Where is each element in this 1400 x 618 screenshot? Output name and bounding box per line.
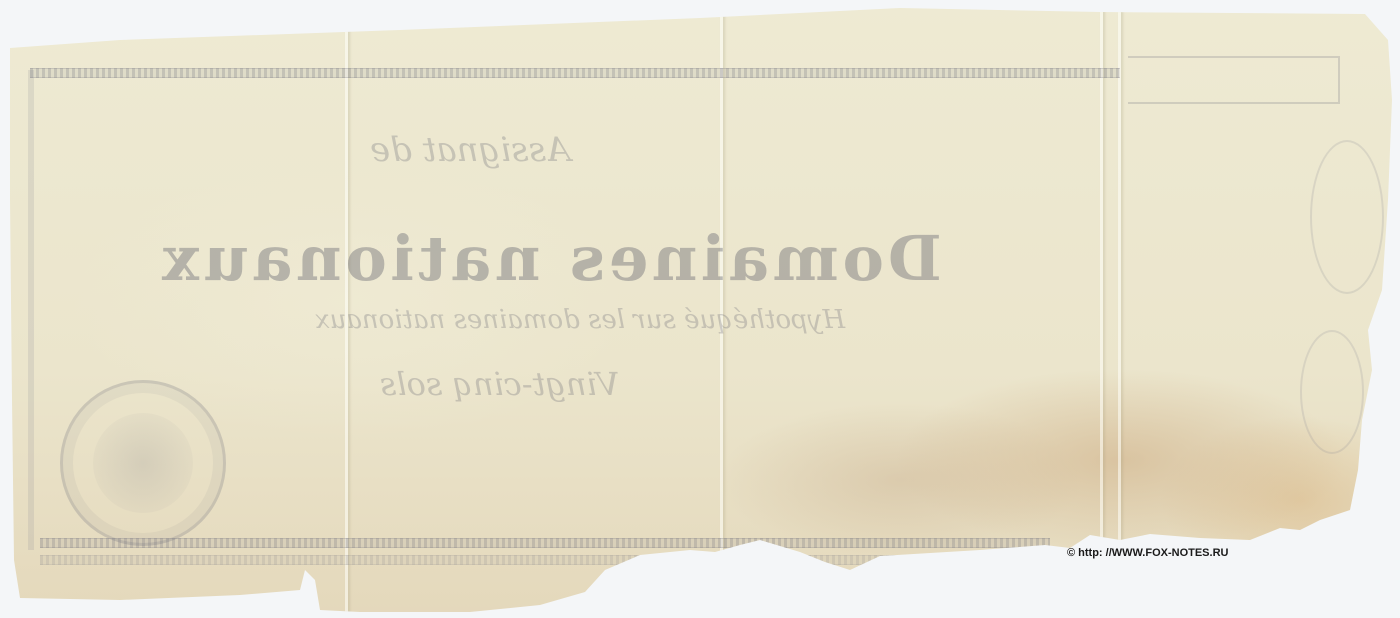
scan-image: Assignat de Domaines nationaux Hypothéqu… [0, 0, 1400, 618]
corner-frame [1128, 56, 1340, 104]
show-through-main-line: Domaines nationaux [80, 222, 1020, 295]
banknote-paper: Assignat de Domaines nationaux Hypothéqu… [0, 0, 1400, 618]
top-border [30, 68, 1120, 78]
show-through-script-line: Hypothéqué sur les domaines nationaux [120, 305, 1040, 335]
show-through-value-line: Vingt-cinq sols [380, 365, 619, 403]
right-flourish [1300, 330, 1364, 454]
bottom-border [40, 538, 1050, 548]
right-flourish [1310, 140, 1384, 294]
seal-emblem [93, 413, 193, 513]
fold-crease [1100, 0, 1103, 618]
fold-crease [1118, 0, 1121, 618]
left-border [28, 70, 34, 550]
watermark-text: © http: //WWW.FOX-NOTES.RU [1067, 547, 1228, 559]
bottom-border-inner [40, 555, 1050, 565]
show-through-seal [60, 380, 226, 546]
show-through-title: Assignat de [370, 130, 571, 170]
